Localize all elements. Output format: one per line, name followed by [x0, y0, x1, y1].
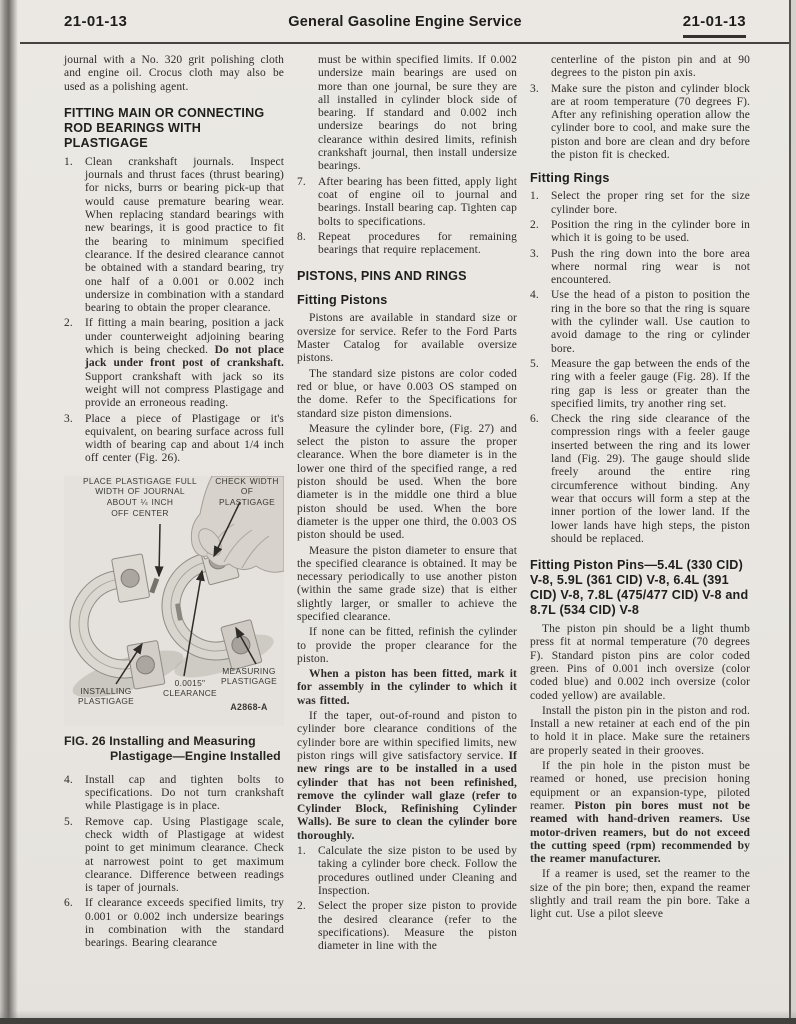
- paragraph: If the pin hole in the piston must be re…: [530, 760, 750, 866]
- list-item-text: Clean crankshaft journals. Inspect journ…: [85, 156, 284, 316]
- list-item: 3.Place a piece of Plastigage or it's eq…: [64, 413, 284, 466]
- label-line: PLACE PLASTIGAGE FULL: [66, 476, 214, 487]
- figure-caption-line: Plastigage—Engine Installed: [64, 749, 284, 765]
- list-item: 2.Position the ring in the cylinder bore…: [530, 219, 750, 246]
- paragraph: If the taper, out-of-round and piston to…: [297, 710, 517, 843]
- list-number: 2.: [530, 219, 551, 246]
- label-line: PLASTIGAGE: [214, 676, 284, 687]
- paragraph: Pistons are available in standard size o…: [297, 312, 517, 365]
- list-item: 3.Make sure the piston and cylinder bloc…: [530, 83, 750, 163]
- text-run: journal with a No. 320 grit polishing cl…: [64, 54, 284, 93]
- text-run: If a reamer is used, set the reamer to t…: [530, 868, 750, 920]
- list-item-text: Use the head of a piston to position the…: [551, 289, 750, 355]
- text-run: Remove cap. Using Plastigage scale, chec…: [85, 816, 284, 894]
- list-item-text: Measure the gap between the ends of the …: [551, 358, 750, 411]
- list-item: 1.Calculate the size piston to be used b…: [297, 845, 517, 898]
- column-3: centerline of the piston pin and at 90 d…: [530, 54, 750, 953]
- text-run: Measure the piston diameter to ensure th…: [297, 545, 517, 623]
- text-run: Position the ring in the cylinder bore i…: [551, 219, 750, 244]
- list-number: 8.: [297, 231, 318, 258]
- page-header: 21-01-13 General Gasoline Engine Service…: [0, 0, 796, 38]
- list-item-text: Calculate the size piston to be used by …: [318, 845, 517, 898]
- column-1: journal with a No. 320 grit polishing cl…: [64, 54, 284, 953]
- list-number: 3.: [530, 248, 551, 288]
- text-run: The standard size pistons are color code…: [297, 368, 517, 420]
- list-item: 2.If fitting a main bearing, position a …: [64, 317, 284, 410]
- text-run: Calculate the size piston to be used by …: [318, 845, 517, 897]
- scan-bottom-edge: [0, 1018, 796, 1024]
- text-run: Place a piece of Plastigage or it's equi…: [85, 413, 284, 465]
- label-line: CLEARANCE: [154, 688, 226, 699]
- section-heading: FITTING MAIN OR CONNECTING ROD BEARINGS …: [64, 106, 284, 151]
- text-run: Check the ring side clearance of the com…: [551, 413, 750, 545]
- label-line: INSTALLING: [64, 686, 148, 697]
- list-number: 1.: [64, 156, 85, 316]
- text-run: Pistons are available in standard size o…: [297, 312, 517, 364]
- text-run: If none can be fitted, refinish the cyli…: [297, 626, 517, 665]
- text-run: Support crankshaft with jack so its weig…: [85, 371, 284, 410]
- figure-reference-code: A2868-A: [214, 702, 284, 713]
- paragraph: If none can be fitted, refinish the cyli…: [297, 626, 517, 666]
- list-item-text: Select the proper size piston to provide…: [318, 900, 517, 953]
- paragraph: journal with a No. 320 grit polishing cl…: [64, 54, 284, 94]
- header-title: General Gasoline Engine Service: [127, 14, 683, 30]
- list-number: 5.: [64, 816, 85, 896]
- scanned-manual-page: 21-01-13 General Gasoline Engine Service…: [0, 0, 796, 1024]
- list-item-text: Push the ring down into the bore area wh…: [551, 248, 750, 288]
- paragraph: Measure the cylinder bore, (Fig. 27) and…: [297, 423, 517, 543]
- column-2-blocks: must be within specified limits. If 0.00…: [297, 54, 517, 953]
- column-1-bottom-blocks: 4.Install cap and tighten bolts to speci…: [64, 774, 284, 951]
- list-number: 4.: [64, 774, 85, 814]
- section-heading: PISTONS, PINS AND RINGS: [297, 269, 517, 284]
- text-run: must be within specified limits. If 0.00…: [318, 54, 517, 172]
- list-item-text: After bearing has been fitted, apply lig…: [318, 176, 517, 229]
- text-run: Measure the gap between the ends of the …: [551, 358, 750, 410]
- figure-caption: FIG. 26 Installing and Measuring Plastig…: [64, 734, 284, 765]
- paragraph: If a reamer is used, set the reamer to t…: [530, 868, 750, 921]
- label-line: OFF CENTER: [66, 508, 214, 519]
- subsection-heading: Fitting Pistons: [297, 293, 517, 308]
- text-run: Install cap and tighten bolts to specifi…: [85, 774, 284, 813]
- list-number: 5.: [530, 358, 551, 411]
- figure-caption-line: FIG. 26 Installing and Measuring: [64, 734, 284, 750]
- paragraph: The piston pin should be a light thumb p…: [530, 623, 750, 703]
- list-item: 4.Install cap and tighten bolts to speci…: [64, 774, 284, 814]
- text-run: After bearing has been fitted, apply lig…: [318, 176, 517, 228]
- list-item-text: Select the proper ring set for the size …: [551, 190, 750, 217]
- text-run: Select the proper size piston to provide…: [318, 900, 517, 952]
- list-item: 1.Select the proper ring set for the siz…: [530, 190, 750, 217]
- list-item: 2.Select the proper size piston to provi…: [297, 900, 517, 953]
- paragraph: must be within specified limits. If 0.00…: [318, 54, 517, 174]
- scan-left-shadow: [0, 0, 18, 1024]
- list-item: 1.Clean crankshaft journals. Inspect jou…: [64, 156, 284, 316]
- page-body: journal with a No. 320 grit polishing cl…: [0, 44, 796, 953]
- list-item: 4.Use the head of a piston to position t…: [530, 289, 750, 355]
- figure-label-installing: INSTALLING PLASTIGAGE: [64, 686, 148, 707]
- list-item: 8.Repeat procedures for remaining bearin…: [297, 231, 517, 258]
- list-item-text: If clearance exceeds specified limits, t…: [85, 897, 284, 950]
- text-run: If clearance exceeds specified limits, t…: [85, 897, 284, 949]
- list-item-text: Remove cap. Using Plastigage scale, chec…: [85, 816, 284, 896]
- list-item-text: Install cap and tighten bolts to specifi…: [85, 774, 284, 814]
- figure-label-measuring: MEASURING PLASTIGAGE: [214, 666, 284, 687]
- paragraph: centerline of the piston pin and at 90 d…: [551, 54, 750, 81]
- list-number: 1.: [297, 845, 318, 898]
- header-page-number-left: 21-01-13: [64, 13, 127, 30]
- figure-26: PLACE PLASTIGAGE FULL WIDTH OF JOURNAL A…: [64, 476, 284, 726]
- list-number: 6.: [64, 897, 85, 950]
- text-run: Repeat procedures for remaining bearings…: [318, 231, 517, 256]
- list-number: 3.: [530, 83, 551, 163]
- figure-label-place-plastigage: PLACE PLASTIGAGE FULL WIDTH OF JOURNAL A…: [66, 476, 214, 518]
- list-item: 6.Check the ring side clearance of the c…: [530, 413, 750, 546]
- text-run: Measure the cylinder bore, (Fig. 27) and…: [297, 423, 517, 541]
- column-3-blocks: centerline of the piston pin and at 90 d…: [530, 54, 750, 922]
- header-page-number-right: 21-01-13: [683, 13, 746, 38]
- section-heading: Fitting Piston Pins—5.4L (330 CID) V-8, …: [530, 558, 750, 618]
- label-line: WIDTH OF JOURNAL: [66, 486, 214, 497]
- text-run: Clean crankshaft journals. Inspect journ…: [85, 156, 284, 314]
- list-item: 3.Push the ring down into the bore area …: [530, 248, 750, 288]
- list-item-text: Place a piece of Plastigage or it's equi…: [85, 413, 284, 466]
- list-item: 7.After bearing has been fitted, apply l…: [297, 176, 517, 229]
- list-item-text: Position the ring in the cylinder bore i…: [551, 219, 750, 246]
- paragraph: Measure the piston diameter to ensure th…: [297, 545, 517, 625]
- label-line: CHECK WIDTH OF: [210, 476, 284, 497]
- column-2: must be within specified limits. If 0.00…: [297, 54, 517, 953]
- list-item: 5.Remove cap. Using Plastigage scale, ch…: [64, 816, 284, 896]
- list-item-text: If fitting a main bearing, position a ja…: [85, 317, 284, 410]
- list-item: 6.If clearance exceeds specified limits,…: [64, 897, 284, 950]
- list-item-text: Make sure the piston and cylinder block …: [551, 83, 750, 163]
- paragraph: The standard size pistons are color code…: [297, 368, 517, 421]
- bold-text-run: When a piston has been fitted, mark it f…: [297, 668, 517, 707]
- label-line: PLASTIGAGE: [210, 497, 284, 508]
- text-run: Install the piston pin in the piston and…: [530, 705, 750, 757]
- paragraph: When a piston has been fitted, mark it f…: [297, 668, 517, 708]
- label-line: PLASTIGAGE: [64, 696, 148, 707]
- list-number: 2.: [297, 900, 318, 953]
- text-run: The piston pin should be a light thumb p…: [530, 623, 750, 701]
- scan-right-margin: [791, 0, 796, 1024]
- list-number: 4.: [530, 289, 551, 355]
- label-line: MEASURING: [214, 666, 284, 677]
- bold-text-run: If new rings are to be installed in a us…: [297, 750, 517, 842]
- text-run: Use the head of a piston to position the…: [551, 289, 750, 354]
- list-number: 1.: [530, 190, 551, 217]
- list-number: 3.: [64, 413, 85, 466]
- paragraph: Install the piston pin in the piston and…: [530, 705, 750, 758]
- list-number: 7.: [297, 176, 318, 229]
- text-run: If the taper, out-of-round and piston to…: [297, 710, 517, 762]
- list-item: 5.Measure the gap between the ends of th…: [530, 358, 750, 411]
- list-item-text: Check the ring side clearance of the com…: [551, 413, 750, 546]
- subsection-heading: Fitting Rings: [530, 171, 750, 186]
- scan-bottom-shadow: [0, 1010, 796, 1018]
- figure-label-check-width: CHECK WIDTH OF PLASTIGAGE: [210, 476, 284, 508]
- list-item-text: Repeat procedures for remaining bearings…: [318, 231, 517, 258]
- text-run: Select the proper ring set for the size …: [551, 190, 750, 215]
- label-line: ABOUT ¼ INCH: [66, 497, 214, 508]
- text-run: Push the ring down into the bore area wh…: [551, 248, 750, 287]
- list-number: 2.: [64, 317, 85, 410]
- column-1-top-blocks: journal with a No. 320 grit polishing cl…: [64, 54, 284, 466]
- text-run: Make sure the piston and cylinder block …: [551, 83, 750, 161]
- list-number: 6.: [530, 413, 551, 546]
- text-run: centerline of the piston pin and at 90 d…: [551, 54, 750, 79]
